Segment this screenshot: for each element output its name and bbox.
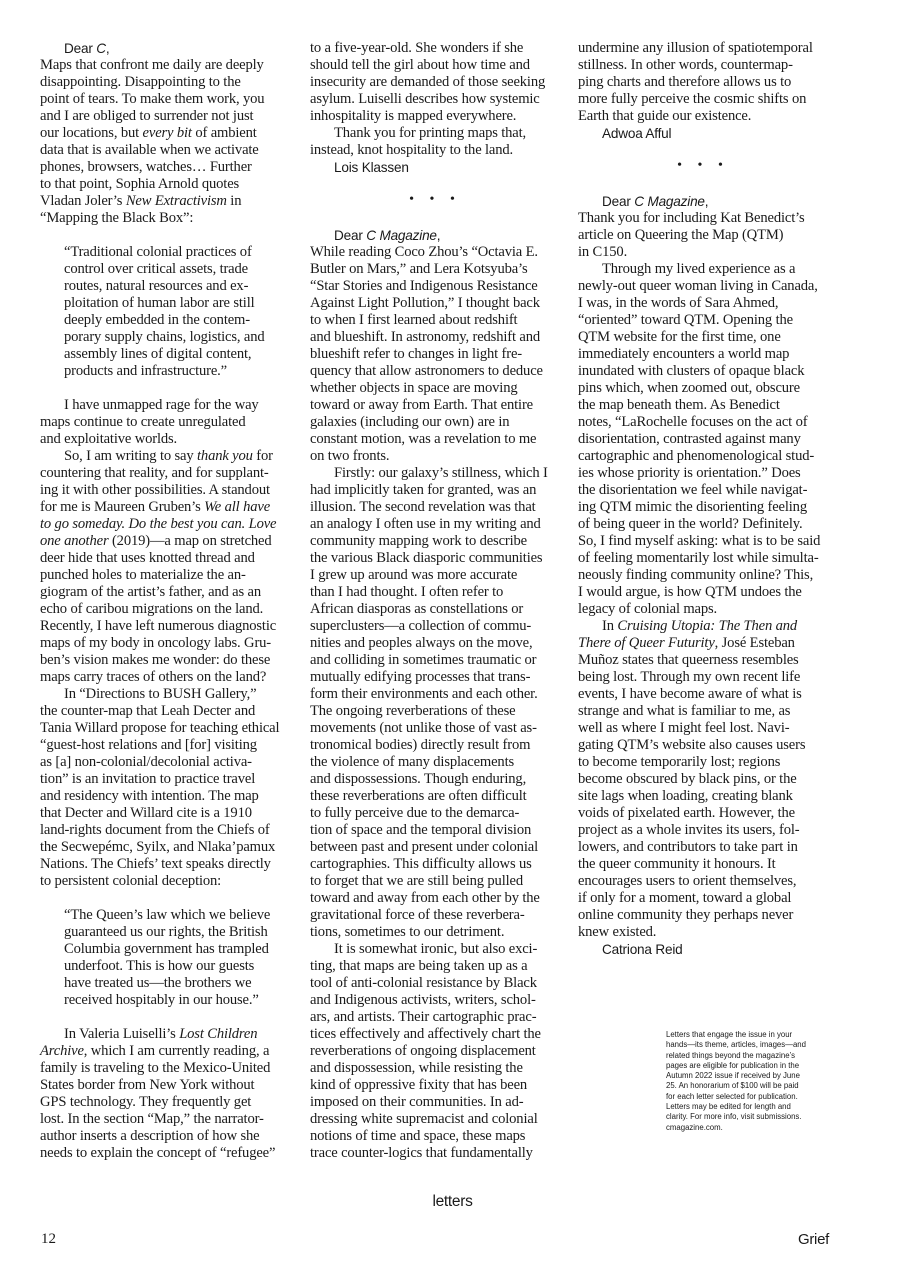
body-line: our locations, but every bit of ambient <box>40 125 290 142</box>
quote-line: guaranteed us our rights, the British <box>40 924 290 941</box>
body-line: I was, in the words of Sara Ahmed, <box>578 295 828 312</box>
body-line: toward or away from Earth. That entire <box>310 397 560 414</box>
body-line: imposed on their communities. In ad- <box>310 1094 560 1111</box>
salutation-suffix: , <box>437 228 441 243</box>
body-line: and Indigenous activists, writers, schol… <box>310 992 560 1009</box>
body-line: stillness. In other words, countermap- <box>578 57 828 74</box>
artwork-title: to go someday. Do the best you can. Love <box>40 516 276 532</box>
body-line: Earth that guide our existence. <box>578 108 828 125</box>
body-line: notions of time and space, these maps <box>310 1128 560 1145</box>
body-line: ting, that maps are being taken up as a <box>310 958 560 975</box>
body-line: African diasporas as constellations or <box>310 601 560 618</box>
body-line: constant motion, was a revelation to me <box>310 431 560 448</box>
body-line: the counter-map that Leah Decter and <box>40 703 290 720</box>
body-line: asylum. Luiselli describes how systemic <box>310 91 560 108</box>
body-line: So, I find myself asking: what is to be … <box>578 533 828 550</box>
body-line: point of tears. To make them work, you <box>40 91 290 108</box>
author-signature: Catriona Reid <box>578 941 828 958</box>
body-line: the disorientation we feel while navigat… <box>578 482 828 499</box>
body-line: had implicitly taken for granted, was an <box>310 482 560 499</box>
body-line: form their environments and each other. <box>310 686 560 703</box>
body-line: newly-out queer woman living in Canada, <box>578 278 828 295</box>
body-line: giogram of the artist’s father, and as a… <box>40 584 290 601</box>
body-line: Muñoz states that queerness resembles <box>578 652 828 669</box>
block-quote: “Traditional colonial practices of contr… <box>40 244 290 380</box>
note-line: pages are eligible for publication in th… <box>666 1061 836 1071</box>
column-3: undermine any illusion of spatiotemporal… <box>578 40 828 958</box>
body-line: pins which, when zoomed out, obscure <box>578 380 828 397</box>
body-line: “guest-host relations and [for] visiting <box>40 737 290 754</box>
body-line: that Decter and Willard cite is a 1910 <box>40 805 290 822</box>
body-line: online community they perhaps never <box>578 907 828 924</box>
body-line: project as a whole invites its users, fo… <box>578 822 828 839</box>
body-line: and exploitative worlds. <box>40 431 290 448</box>
body-line: these reverberations are often difficult <box>310 788 560 805</box>
body-line: inhospitality is mapped everywhere. <box>310 108 560 125</box>
body-line: to become temporarily lost; regions <box>578 754 828 771</box>
quote-line: Columbia government has trampled <box>40 941 290 958</box>
body-line: immediately encounters a world map <box>578 346 828 363</box>
body-line: ping charts and therefore allows us to <box>578 74 828 91</box>
body-line: author inserts a description of how she <box>40 1128 290 1145</box>
text: So, I am writing to say <box>64 448 197 464</box>
body-line: if only for a moment, toward a global <box>578 890 828 907</box>
body-line: and dispossessions. Though enduring, <box>310 771 560 788</box>
body-line: dressing white supremacist and colonial <box>310 1111 560 1128</box>
body-line: maps of my body in oncology labs. Gru- <box>40 635 290 652</box>
quote-line: products and infrastructure.” <box>40 363 290 380</box>
salutation: Dear C Magazine, <box>578 193 828 210</box>
body-line: legacy of colonial maps. <box>578 601 828 618</box>
body-line: In Valeria Luiselli’s Lost Children <box>40 1026 290 1043</box>
body-line: gravitational force of these reverbera- <box>310 907 560 924</box>
body-line: mutually edifying processes that trans- <box>310 669 560 686</box>
salutation-suffix: , <box>705 194 709 209</box>
body-line: Thank you for printing maps that, <box>310 125 560 142</box>
book-title: Lost Children <box>179 1026 257 1042</box>
quote-line: ploitation of human labor are still <box>40 295 290 312</box>
salutation-name: C Magazine <box>634 194 705 209</box>
body-line: to when I first learned about redshift <box>310 312 560 329</box>
body-line: I have unmapped rage for the way <box>40 397 290 414</box>
block-quote: “The Queen’s law which we believe guaran… <box>40 907 290 1009</box>
body-line: The ongoing reverberations of these <box>310 703 560 720</box>
body-line: Against Light Pollution,” I thought back <box>310 295 560 312</box>
body-line: the queer community it honours. It <box>578 856 828 873</box>
body-line: “oriented” toward QTM. Opening the <box>578 312 828 329</box>
body-line: Through my lived experience as a <box>578 261 828 278</box>
body-line: GPS technology. They frequently get <box>40 1094 290 1111</box>
author-signature: Adwoa Afful <box>578 125 828 142</box>
body-line: phones, browsers, watches… Further <box>40 159 290 176</box>
salutation-prefix: Dear <box>64 41 96 56</box>
body-line: whether objects in space are moving <box>310 380 560 397</box>
body-line: superclusters—a collection of commu- <box>310 618 560 635</box>
body-line: an analogy I often use in my writing and <box>310 516 560 533</box>
body-line: I grew up around was more accurate <box>310 567 560 584</box>
body-line: “Star Stories and Indigenous Resistance <box>310 278 560 295</box>
body-line: Firstly: our galaxy’s stillness, which I <box>310 465 560 482</box>
body-line: to that point, Sophia Arnold quotes <box>40 176 290 193</box>
body-line: trace counter-logics that fundamentally <box>310 1145 560 1162</box>
body-line: Archive, which I am currently reading, a <box>40 1043 290 1060</box>
text: in <box>227 193 242 209</box>
body-line: data that is available when we activate <box>40 142 290 159</box>
body-line: Butler on Mars,” and Lera Kotsyuba’s <box>310 261 560 278</box>
text: In <box>602 618 617 634</box>
body-line: and blueshift. In astronomy, redshift an… <box>310 329 560 346</box>
book-title: There of Queer Futurity <box>578 635 715 651</box>
body-line: in C150. <box>578 244 828 261</box>
body-line: to a five-year-old. She wonders if she <box>310 40 560 57</box>
body-line: tices effectively and affectively chart … <box>310 1026 560 1043</box>
body-line: needs to explain the concept of “refugee… <box>40 1145 290 1162</box>
body-line: to fully perceive due to the demarca- <box>310 805 560 822</box>
salutation: Dear C Magazine, <box>310 227 560 244</box>
body-line: In “Directions to BUSH Gallery,” <box>40 686 290 703</box>
page-number: 12 <box>41 1231 56 1248</box>
body-line: gating QTM’s website also causes users <box>578 737 828 754</box>
body-line: inundated with clusters of opaque black <box>578 363 828 380</box>
body-line: family is traveling to the Mexico-United <box>40 1060 290 1077</box>
note-line: cmagazine.com. <box>666 1123 836 1133</box>
body-line: Maps that confront me daily are deeply <box>40 57 290 74</box>
text: our locations, but <box>40 125 143 141</box>
body-line: community mapping work to describe <box>310 533 560 550</box>
body-line: Vladan Joler’s New Extractivism in <box>40 193 290 210</box>
salutation-prefix: Dear <box>334 228 366 243</box>
artwork-title: We all have <box>204 499 270 515</box>
salutation-name: C <box>96 41 106 56</box>
body-line: echo of caribou migrations on the land. <box>40 601 290 618</box>
quote-line: have treated us—the brothers we <box>40 975 290 992</box>
book-title: Archive <box>40 1043 84 1059</box>
artwork-title: one another <box>40 533 108 549</box>
body-line: There of Queer Futurity, José Esteban <box>578 635 828 652</box>
text: Vladan Joler’s <box>40 193 126 209</box>
body-line: tions, sometimes to our detriment. <box>310 924 560 941</box>
body-line: nities and peoples always on the move, <box>310 635 560 652</box>
note-line: clarity. For more info, visit submission… <box>666 1112 836 1122</box>
book-title: Cruising Utopia: The Then and <box>617 618 797 634</box>
section-separator: • • • <box>578 157 828 174</box>
body-line: “Mapping the Black Box”: <box>40 210 290 227</box>
body-line: Tania Willard propose for teaching ethic… <box>40 720 290 737</box>
quote-line: underfoot. This is how our guests <box>40 958 290 975</box>
body-line: Recently, I have left numerous diagnosti… <box>40 618 290 635</box>
body-line: cartographic and phenomenological stud- <box>578 448 828 465</box>
body-line: encourages users to orient themselves, <box>578 873 828 890</box>
emphasis: thank you <box>197 448 253 464</box>
body-line: strange and what is familiar to me, as <box>578 703 828 720</box>
body-line: the Secwepémc, Syilx, and Nlaka’pamux <box>40 839 290 856</box>
body-line: to go someday. Do the best you can. Love <box>40 516 290 533</box>
note-line: for each letter selected for publication… <box>666 1092 836 1102</box>
quote-line: control over critical assets, trade <box>40 261 290 278</box>
body-line: as [a] non-colonial/decolonial activa- <box>40 754 290 771</box>
emphasis: every bit <box>143 125 192 141</box>
body-line: being lost. Through my own recent life <box>578 669 828 686</box>
body-line: ing it with other possibilities. A stand… <box>40 482 290 499</box>
body-line: the map beneath them. As Benedict <box>578 397 828 414</box>
text: (2019)—a map on stretched <box>108 533 271 549</box>
text: of ambient <box>192 125 257 141</box>
body-line: tion” is an invitation to practice trave… <box>40 771 290 788</box>
body-line: States border from New York without <box>40 1077 290 1094</box>
body-line: site lags when loading, creating blank <box>578 788 828 805</box>
note-line: Letters may be edited for length and <box>666 1102 836 1112</box>
body-line: instead, knot hospitality to the land. <box>310 142 560 159</box>
body-line: reverberations of ongoing displacement <box>310 1043 560 1060</box>
body-line: one another (2019)—a map on stretched <box>40 533 290 550</box>
body-line: Thank you for including Kat Benedict’s <box>578 210 828 227</box>
quote-line: “The Queen’s law which we believe <box>40 907 290 924</box>
body-line: more fully perceive the cosmic shifts on <box>578 91 828 108</box>
body-line: become obscured by black pins, or the <box>578 771 828 788</box>
body-line: for me is Maureen Gruben’s We all have <box>40 499 290 516</box>
body-line: land-rights document from the Chiefs of <box>40 822 290 839</box>
body-line: While reading Coco Zhou’s “Octavia E. <box>310 244 560 261</box>
body-line: I would argue, is how QTM undoes the <box>578 584 828 601</box>
section-label: letters <box>0 1193 905 1211</box>
body-line: disappointing. Disappointing to the <box>40 74 290 91</box>
body-line: tion of space and the temporal division <box>310 822 560 839</box>
body-line: knew existed. <box>578 924 828 941</box>
body-line: ars, and artists. Their cartographic pra… <box>310 1009 560 1026</box>
body-line: well as where I might feel lost. Navi- <box>578 720 828 737</box>
body-line: movements (not unlike those of vast as- <box>310 720 560 737</box>
body-line: It is somewhat ironic, but also exci- <box>310 941 560 958</box>
text: In Valeria Luiselli’s <box>64 1026 179 1042</box>
body-line: and colliding in sometimes traumatic or <box>310 652 560 669</box>
salutation-name: C Magazine <box>366 228 437 243</box>
body-line: In Cruising Utopia: The Then and <box>578 618 828 635</box>
note-line: 25. An honorarium of $100 will be paid <box>666 1081 836 1091</box>
body-line: lost. In the section “Map,” the narrator… <box>40 1111 290 1128</box>
text: , José Esteban <box>715 635 795 651</box>
body-line: between past and present under colonial <box>310 839 560 856</box>
body-line: and I are obliged to surrender not just <box>40 108 290 125</box>
body-line: neously finding community online? This, <box>578 567 828 584</box>
note-line: hands—its theme, articles, images—and <box>666 1040 836 1050</box>
salutation-prefix: Dear <box>602 194 634 209</box>
body-line: tool of anti-colonial resistance by Blac… <box>310 975 560 992</box>
body-line: Nations. The Chiefs’ text speaks directl… <box>40 856 290 873</box>
body-line: deer hide that uses knotted thread and <box>40 550 290 567</box>
book-title: New Extractivism <box>126 193 227 209</box>
body-line: should tell the girl about how time and <box>310 57 560 74</box>
body-line: kind of oppressive fixity that has been <box>310 1077 560 1094</box>
body-line: notes, “LaRochelle focuses on the act of <box>578 414 828 431</box>
text: for <box>253 448 273 464</box>
body-line: undermine any illusion of spatiotemporal <box>578 40 828 57</box>
body-line: QTM website for the first time, one <box>578 329 828 346</box>
note-line: Autumn 2022 issue if received by June <box>666 1071 836 1081</box>
body-line: tronomical bodies) directly result from <box>310 737 560 754</box>
body-line: ies whose priority is orientation.” Does <box>578 465 828 482</box>
body-line: and dispossession, while resisting the <box>310 1060 560 1077</box>
body-line: So, I am writing to say thank you for <box>40 448 290 465</box>
body-line: maps carry traces of others on the land? <box>40 669 290 686</box>
body-line: voids of pixelated earth. However, the <box>578 805 828 822</box>
text: for me is Maureen Gruben’s <box>40 499 204 515</box>
body-line: illusion. The second revelation was that <box>310 499 560 516</box>
issue-title: Grief <box>798 1231 829 1248</box>
body-line: to forget that we are still being pulled <box>310 873 560 890</box>
section-separator: • • • <box>310 191 560 208</box>
body-line: disorientation, contrasted against many <box>578 431 828 448</box>
column-2: to a five-year-old. She wonders if she s… <box>310 40 560 1162</box>
author-signature: Lois Klassen <box>310 159 560 176</box>
quote-line: routes, natural resources and ex- <box>40 278 290 295</box>
body-line: lowers, and contributors to take part in <box>578 839 828 856</box>
body-line: galaxies (including our own) are in <box>310 414 560 431</box>
body-line: article on Queering the Map (QTM) <box>578 227 828 244</box>
column-1: Dear C, Maps that confront me daily are … <box>40 40 290 1162</box>
body-line: ing QTM mimic the disorienting feeling <box>578 499 828 516</box>
body-line: toward and away from each other by the <box>310 890 560 907</box>
quote-line: received hospitably in our house.” <box>40 992 290 1009</box>
body-line: ben’s vision makes me wonder: do these <box>40 652 290 669</box>
body-line: events, I have become aware of what is <box>578 686 828 703</box>
submission-note: Letters that engage the issue in your ha… <box>666 1030 836 1133</box>
salutation: Dear C, <box>40 40 290 57</box>
body-line: insecurity are demanded of those seeking <box>310 74 560 91</box>
body-line: cartographies. This difficulty allows us <box>310 856 560 873</box>
quote-line: porary supply chains, logistics, and <box>40 329 290 346</box>
body-line: maps continue to create unregulated <box>40 414 290 431</box>
body-line: and residency with intention. The map <box>40 788 290 805</box>
body-line: to persistent colonial deception: <box>40 873 290 890</box>
body-line: quency that allow astronomers to deduce <box>310 363 560 380</box>
body-line: of feeling momentarily lost while simult… <box>578 550 828 567</box>
quote-line: “Traditional colonial practices of <box>40 244 290 261</box>
body-line: on two fronts. <box>310 448 560 465</box>
quote-line: deeply embedded in the contem- <box>40 312 290 329</box>
body-line: the violence of many displacements <box>310 754 560 771</box>
quote-line: assembly lines of digital content, <box>40 346 290 363</box>
body-line: of being queer in the world? Definitely. <box>578 516 828 533</box>
body-line: countering that reality, and for supplan… <box>40 465 290 482</box>
body-line: than I had thought. I often refer to <box>310 584 560 601</box>
note-line: Letters that engage the issue in your <box>666 1030 836 1040</box>
body-line: blueshift refer to changes in light fre- <box>310 346 560 363</box>
salutation-suffix: , <box>106 41 110 56</box>
note-line: related things beyond the magazine’s <box>666 1051 836 1061</box>
text: , which I am currently reading, a <box>84 1043 270 1059</box>
body-line: punched holes to materialize the an- <box>40 567 290 584</box>
body-line: the various Black diasporic communities <box>310 550 560 567</box>
